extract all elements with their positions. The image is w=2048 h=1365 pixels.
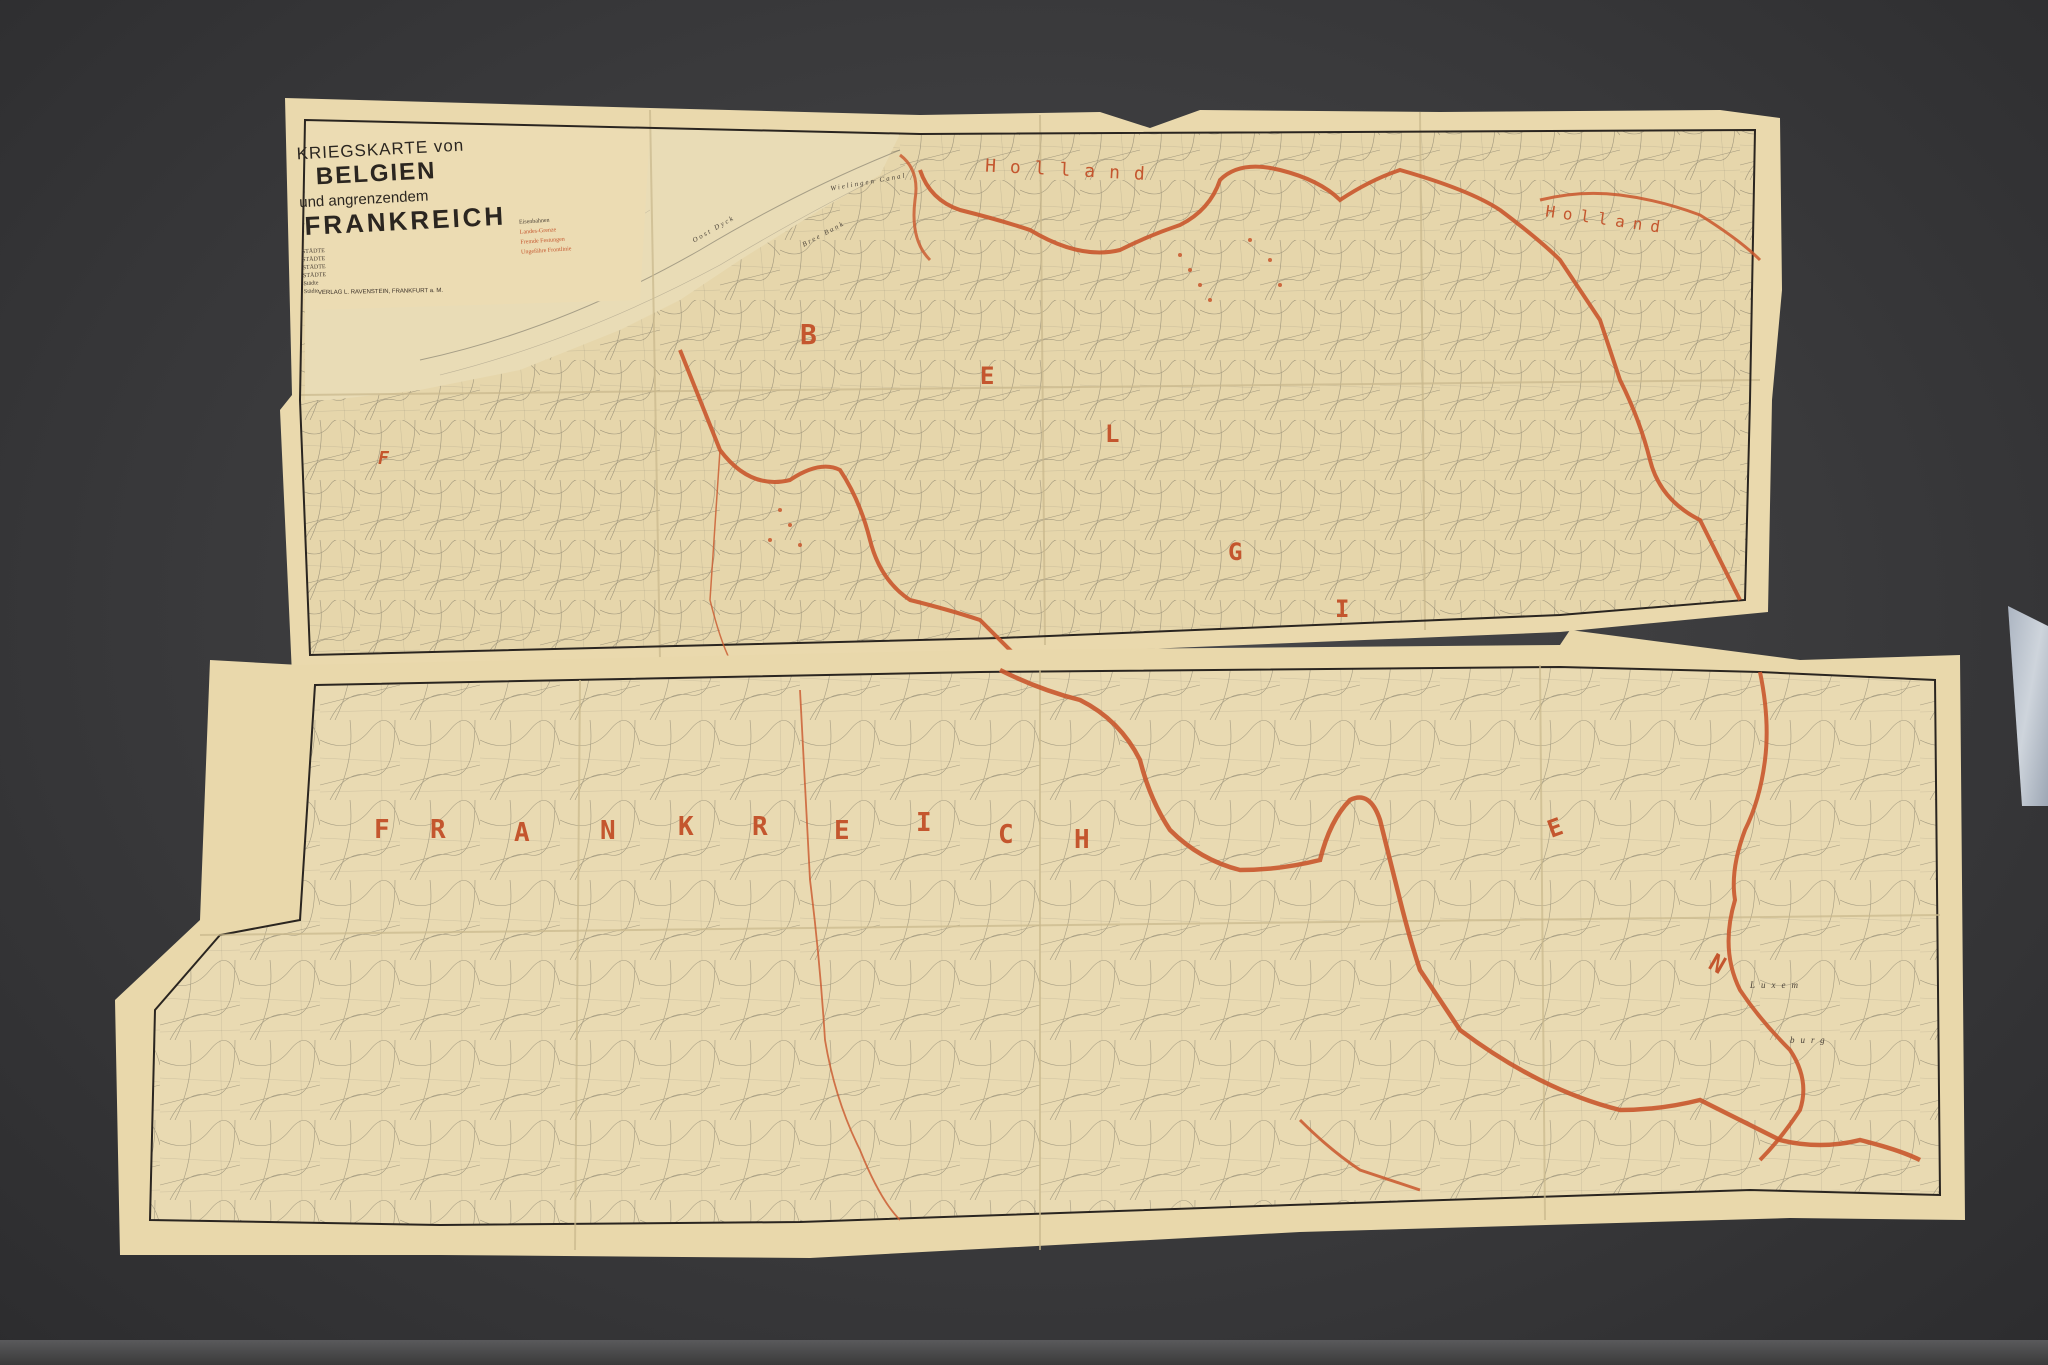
france-letter-8: I: [916, 808, 932, 838]
france-letter-5: K: [678, 812, 694, 842]
france-letter-2: R: [430, 815, 446, 845]
belgium-letter-g: G: [1228, 538, 1242, 566]
luxemburg-label-2: burg: [1790, 1035, 1831, 1045]
legend-symbols: Eisenbahnen Landes-Grenze Fremde Festung…: [519, 214, 572, 257]
france-letter-10: H: [1074, 825, 1090, 855]
france-letter-1: F: [374, 815, 390, 845]
belgium-letter-b: B: [800, 318, 817, 351]
belgium-letter-l: L: [1105, 420, 1119, 448]
france-west-letter: F: [378, 448, 389, 469]
france-letter-3: A: [514, 818, 530, 848]
france-letter-6: R: [752, 812, 768, 842]
title-belgien: BELGIEN: [315, 157, 437, 190]
france-letter-4: N: [600, 816, 616, 846]
map-title-block: KRIEGSKARTE von BELGIEN und angrenzendem…: [296, 132, 544, 296]
france-letter-9: C: [998, 820, 1014, 850]
france-letter-7: E: [834, 816, 850, 846]
belgium-letter-i: I: [1335, 595, 1349, 623]
belgium-letter-e: E: [980, 362, 994, 390]
luxemburg-label-1: Luxem: [1750, 980, 1804, 990]
title-line-2: und angrenzendem FRANKREICH: [299, 182, 541, 242]
